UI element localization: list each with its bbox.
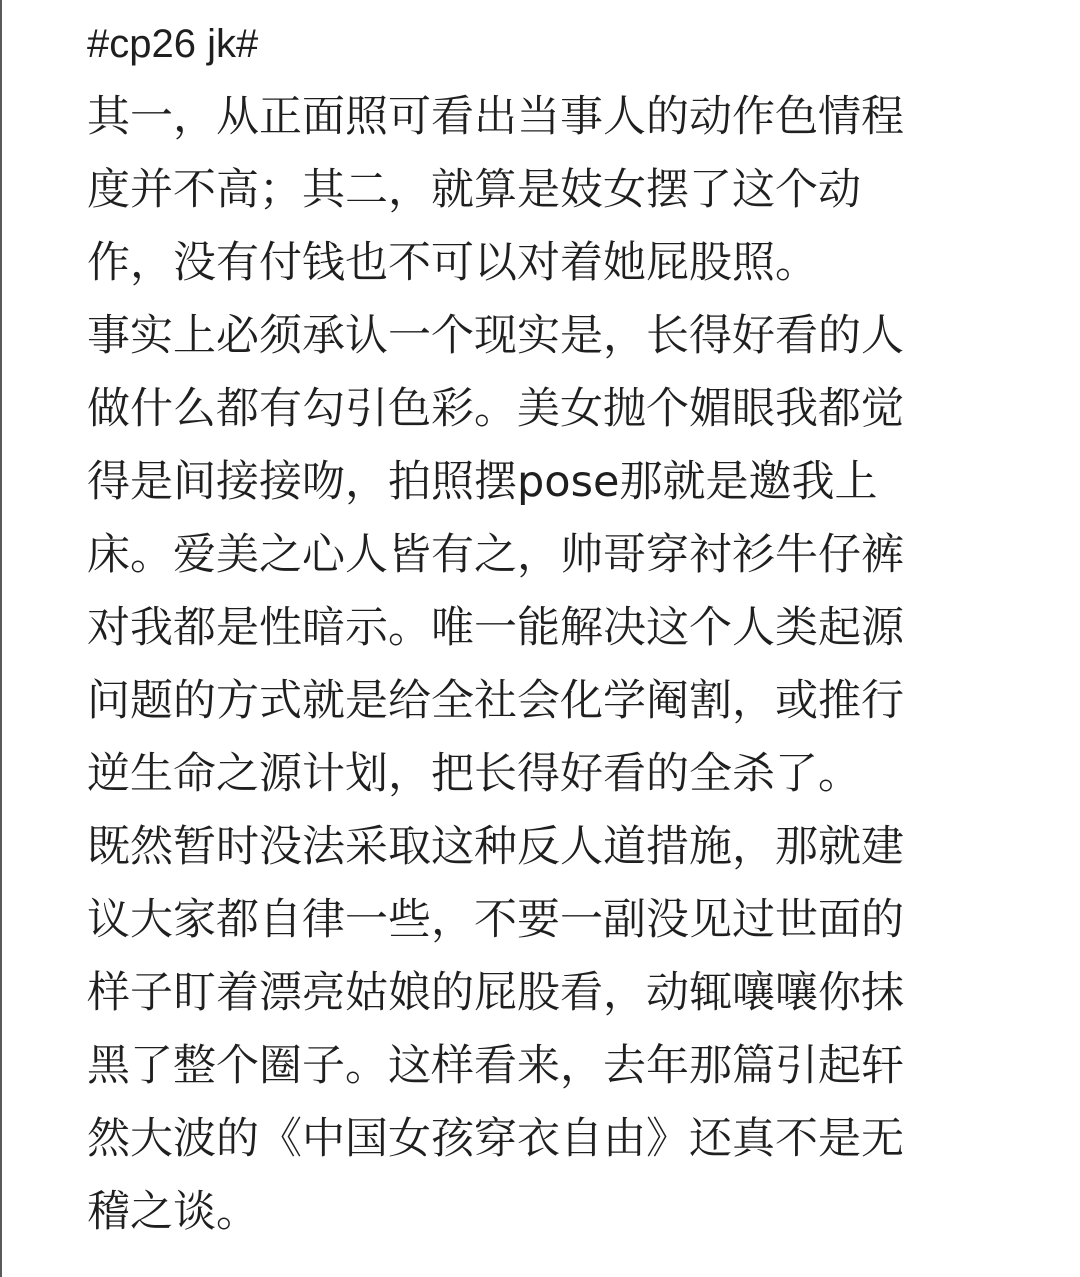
hashtag[interactable]: #cp26 jk#	[87, 8, 967, 81]
text-line-1: 其一，从正面照可看出当事人的动作色情程	[87, 81, 967, 154]
text-line-3: 作，没有付钱也不可以对着她屁股照。	[87, 227, 967, 300]
text-line-10: 逆生命之源计划，把长得好看的全杀了。	[87, 738, 967, 811]
text-line-16: 稽之谈。	[87, 1176, 967, 1249]
text-line-9: 问题的方式就是给全社会化学阉割，或推行	[87, 665, 967, 738]
text-line-5: 做什么都有勾引色彩。美女抛个媚眼我都觉	[87, 373, 967, 446]
text-line-15: 然大波的《中国女孩穿衣自由》还真不是无	[87, 1103, 967, 1176]
text-line-12: 议大家都自律一些，不要一副没见过世面的	[87, 884, 967, 957]
text-line-4: 事实上必须承认一个现实是，长得好看的人	[87, 300, 967, 373]
text-line-6: 得是间接接吻，拍照摆pose那就是邀我上	[87, 446, 967, 519]
post-body: #cp26 jk# 其一，从正面照可看出当事人的动作色情程 度并不高；其二，就算…	[87, 8, 967, 1249]
text-line-8: 对我都是性暗示。唯一能解决这个人类起源	[87, 592, 967, 665]
text-line-11: 既然暂时没法采取这种反人道措施，那就建	[87, 811, 967, 884]
text-line-14: 黑了整个圈子。这样看来，去年那篇引起轩	[87, 1030, 967, 1103]
text-line-13: 样子盯着漂亮姑娘的屁股看，动辄嚷嚷你抹	[87, 957, 967, 1030]
text-line-2: 度并不高；其二，就算是妓女摆了这个动	[87, 154, 967, 227]
text-line-7: 床。爱美之心人皆有之，帅哥穿衬衫牛仔裤	[87, 519, 967, 592]
left-edge-border	[0, 0, 2, 1277]
